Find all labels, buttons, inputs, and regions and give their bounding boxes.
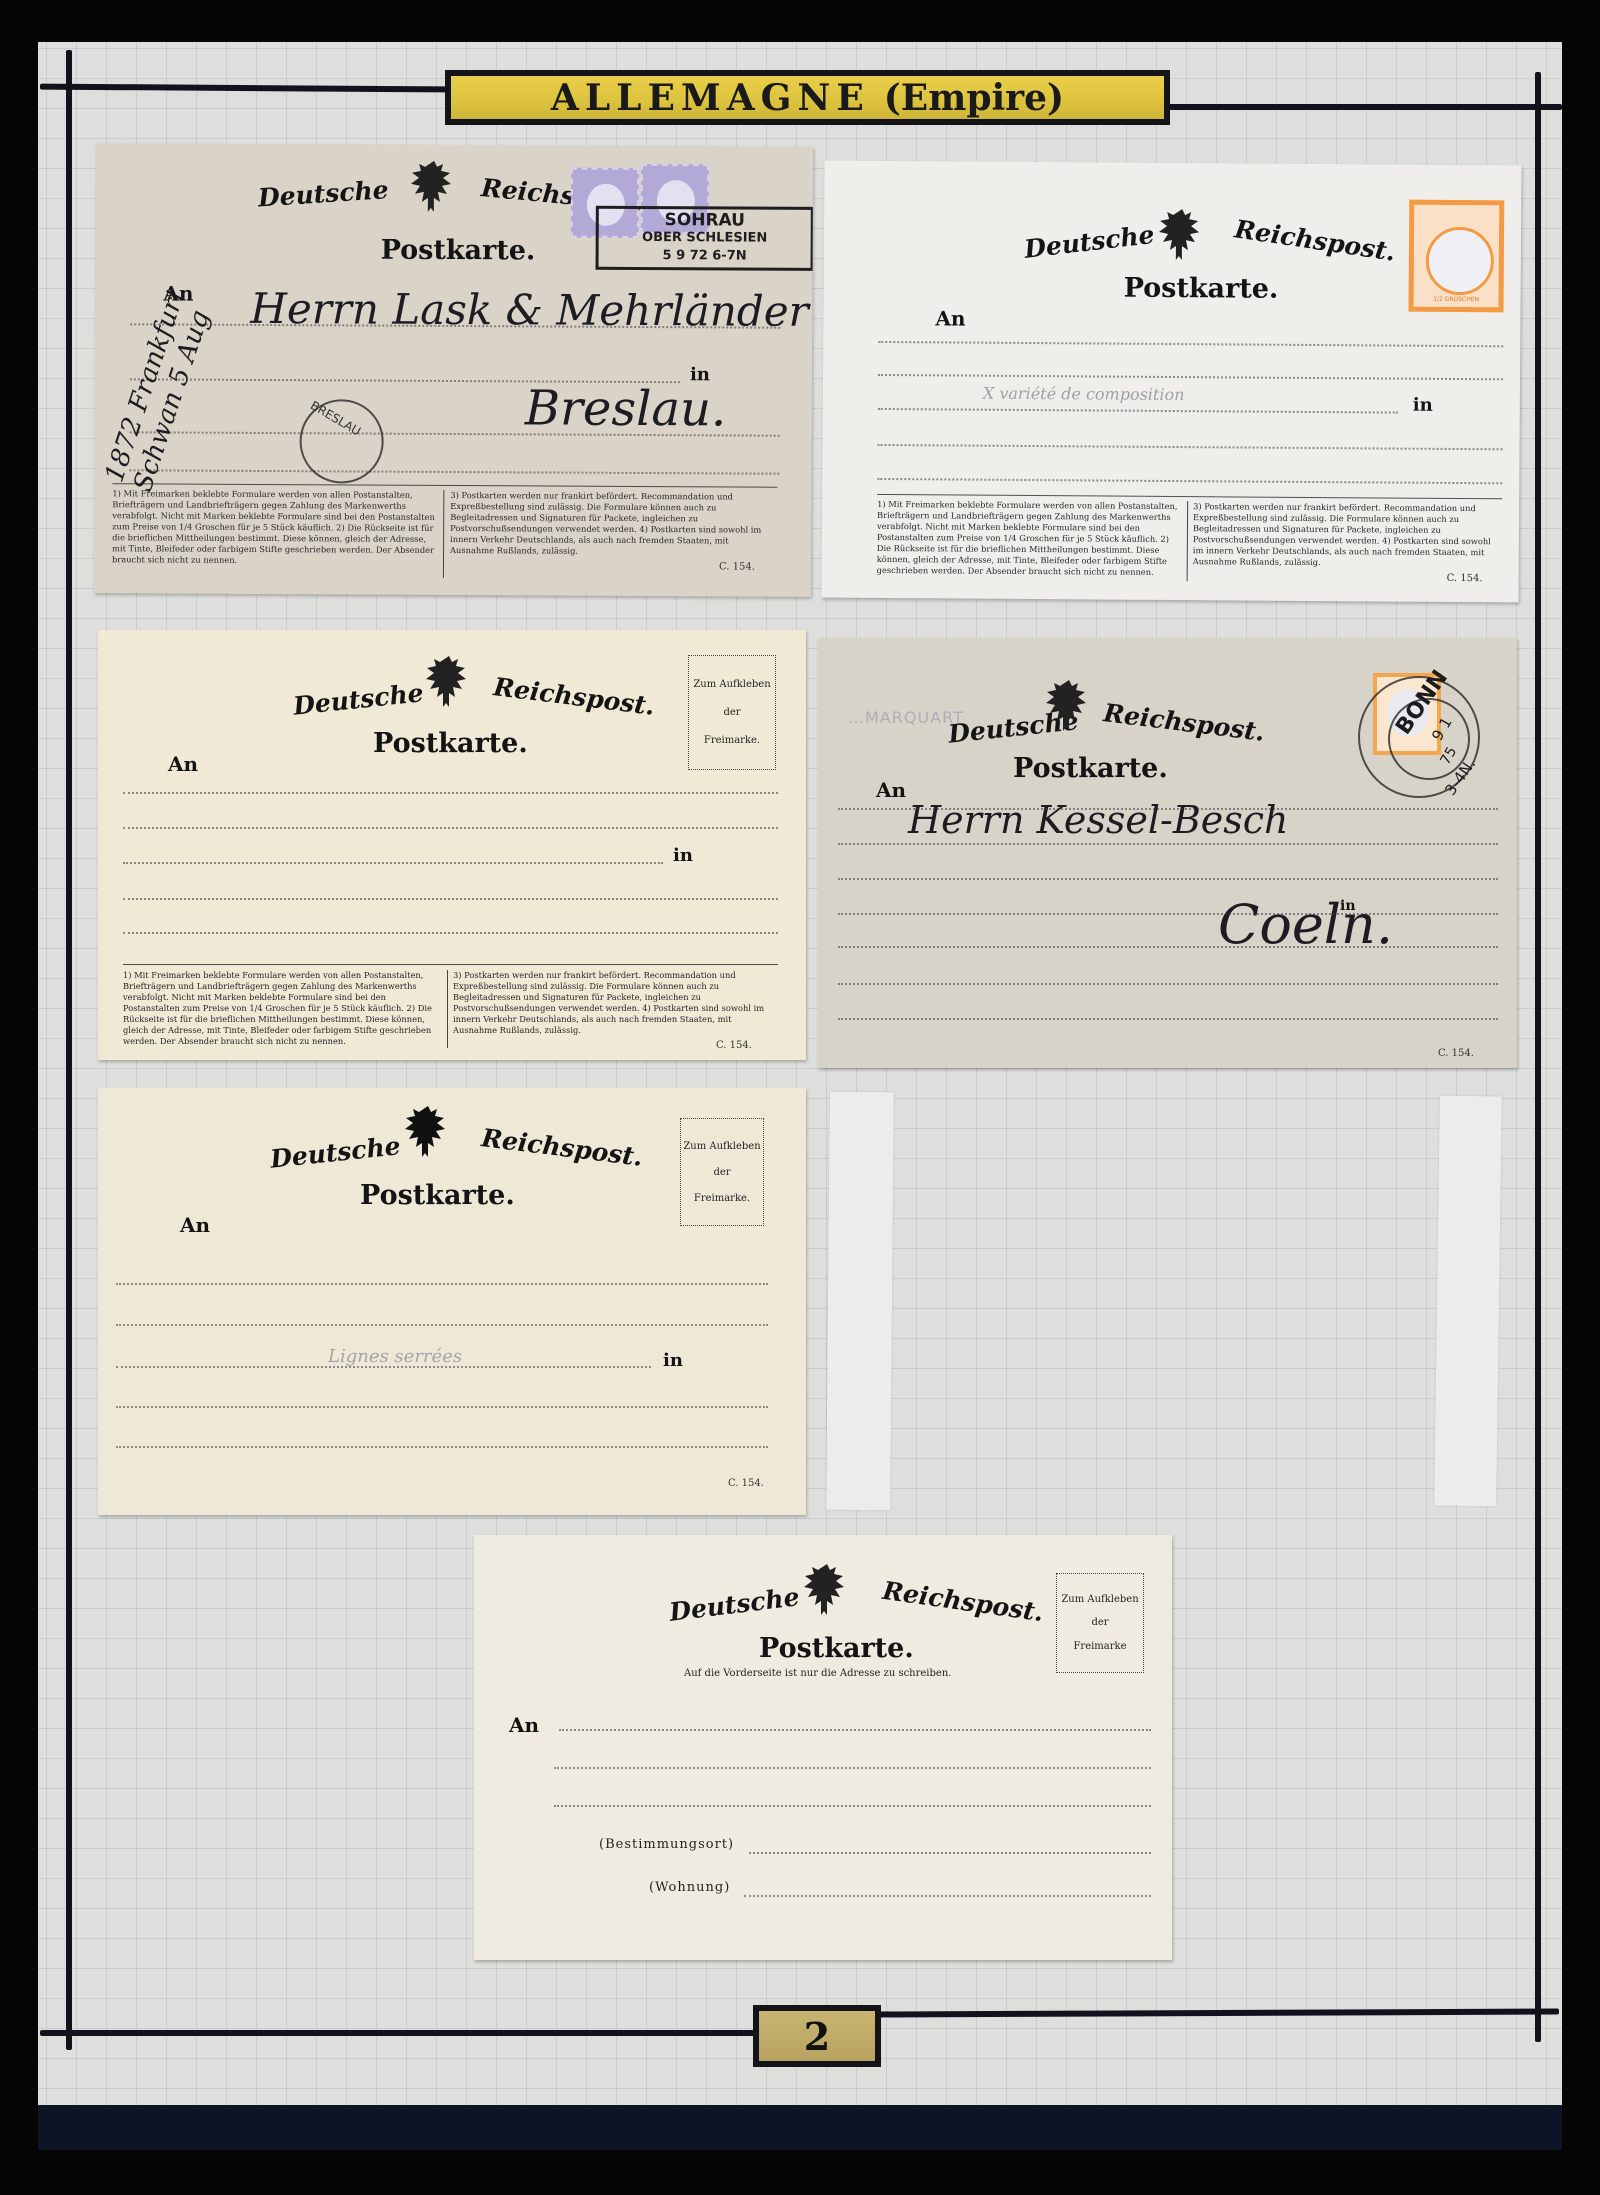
form-number: C. 154. [728, 1478, 764, 1489]
address-label: An [935, 306, 965, 330]
header-left: Deutsche [1023, 220, 1156, 264]
page-number: 2 [753, 2005, 881, 2067]
header-right: Reichspost. [1102, 698, 1266, 747]
postcard-6[interactable]: Deutsche Reichspost. Postkarte. Auf die … [474, 1535, 1172, 1960]
stamp-placement-box: Zum AufklebenderFreimarke [1056, 1573, 1144, 1673]
postcard-2[interactable]: Deutsche Reichspost. Postkarte. An in X … [821, 161, 1521, 603]
eagle-icon [804, 1560, 850, 1626]
pencil-note: Lignes serrées [328, 1346, 462, 1367]
address-label: An [509, 1713, 539, 1737]
header-left: Deutsche [269, 1131, 402, 1174]
header-right: Reichspost. [881, 1576, 1046, 1627]
imprinted-orange-stamp: 1/2 GROSCHEN [1408, 200, 1504, 313]
handwritten-address: Herrn Kessel-Besch [908, 798, 1289, 842]
frame-left-line [66, 50, 72, 2050]
form-number: C. 154. [1447, 573, 1483, 584]
city-label: in [673, 845, 693, 866]
page-title: ALLEMAGNE [551, 77, 870, 119]
header-left: Deutsche [257, 175, 389, 212]
frame-right-line [1535, 72, 1541, 2042]
header-right: Reichspost. [492, 672, 656, 721]
eagle-icon [1046, 676, 1092, 742]
handwritten-address: Herrn Lask & Mehrländer [250, 284, 809, 336]
card-title: Postkarte. [373, 728, 528, 759]
hinge-strip-left [826, 1092, 894, 1511]
postcard-4[interactable]: …MARQUART Deutsche Reichspost. Postkarte… [818, 638, 1517, 1068]
header-left: Deutsche [292, 678, 425, 721]
breslau-postmark: BRESLAU [299, 399, 383, 483]
card-title: Postkarte. [759, 1633, 914, 1664]
regulations-notes: 1) Mit Freimarken beklebte Formulare wer… [112, 488, 777, 581]
address-instruction: Auf die Vorderseite ist nur die Adresse … [684, 1668, 951, 1679]
eagle-icon [405, 1102, 451, 1168]
frame-top-line-right [1168, 104, 1562, 110]
header-right: Reichspost. [480, 1123, 644, 1172]
header-left: Deutsche [668, 1582, 801, 1627]
postcard-5[interactable]: Deutsche Reichspost. Postkarte. An Zum A… [98, 1088, 806, 1515]
card-title: Postkarte. [360, 1180, 515, 1211]
page-title-banner: ALLEMAGNE (Empire) [445, 70, 1170, 125]
page-number-text: 2 [804, 2014, 830, 2059]
stamp-placement-box: Zum AufklebenderFreimarke. [688, 655, 776, 770]
card-title: Postkarte. [381, 235, 536, 267]
address-label: An [168, 752, 198, 776]
form-number: C. 154. [1438, 1048, 1474, 1059]
sohrau-boxed-cancel: SOHRAU OBER SCHLESIEN 5 9 72 6-7N [596, 206, 814, 271]
form-number: C. 154. [719, 561, 755, 572]
stamp-placement-box: Zum AufklebenderFreimarke. [680, 1118, 764, 1226]
card-title: Postkarte. [1013, 753, 1168, 784]
city-label: in [663, 1350, 683, 1371]
address-label: An [876, 778, 906, 802]
backing-strip [38, 2105, 1562, 2150]
form-number: C. 154. [716, 1040, 752, 1051]
handwritten-side-note: 1872 Frankfurt Schwan 5 Aug [100, 192, 251, 496]
postcard-1[interactable]: Deutsche Reichspost. Postkarte. An in He… [94, 143, 813, 597]
address-label: An [180, 1213, 210, 1237]
pencil-note: X variété de composition [983, 384, 1185, 404]
regulations-notes: 1) Mit Freimarken beklebte Formulare wer… [123, 970, 778, 1050]
eagle-icon [411, 157, 457, 223]
eagle-icon [1159, 205, 1205, 271]
residence-label: (Wohnung) [649, 1880, 730, 1895]
hinge-strip-right [1434, 1096, 1502, 1507]
page-subtitle: (Empire) [884, 77, 1064, 119]
city-label: in [1413, 395, 1433, 416]
postcard-3[interactable]: Deutsche Reichspost. Postkarte. An Zum A… [98, 630, 806, 1060]
header-right: Reichspost. [1233, 214, 1398, 266]
handwritten-city: Breslau. [525, 380, 727, 437]
card-title: Postkarte. [1124, 273, 1279, 305]
regulations-notes: 1) Mit Freimarken beklebte Formulare wer… [877, 499, 1503, 588]
destination-label: (Bestimmungsort) [599, 1837, 734, 1852]
frame-bottom-line-left [40, 2030, 755, 2036]
eagle-icon [426, 652, 472, 718]
